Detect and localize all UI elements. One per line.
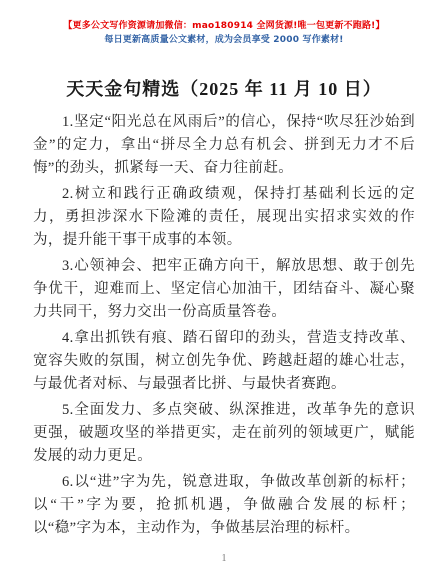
page-number: 1: [0, 553, 448, 564]
paragraph-4: 4.拿出抓铁有痕、踏石留印的劲头，营造支持改革、宽容失败的氛围，树立创先争优、跨…: [33, 327, 415, 396]
promo-line-red: 【更多公文写作资源请加微信：mao180914 全网货源!唯一包更新不跑路!】: [33, 20, 415, 33]
document-body: 1.坚定“阳光总在风雨后”的信心，保持“吹尽狂沙始到金”的定力，拿出“拼尽全力总…: [33, 111, 415, 540]
document-title: 天天金句精选（2025 年 11 月 10 日）: [33, 75, 415, 101]
header-notice: 【更多公文写作资源请加微信：mao180914 全网货源!唯一包更新不跑路!】 …: [33, 20, 415, 47]
document-page: 【更多公文写作资源请加微信：mao180914 全网货源!唯一包更新不跑路!】 …: [0, 0, 448, 580]
paragraph-5: 5.全面发力、多点突破、纵深推进，改革争先的意识更强，破题攻坚的举措更实，走在前…: [33, 399, 415, 468]
promo-line-blue: 每日更新高质量公文素材，成为会员享受 2000 写作素材!: [33, 34, 415, 47]
paragraph-1: 1.坚定“阳光总在风雨后”的信心，保持“吹尽狂沙始到金”的定力，拿出“拼尽全力总…: [33, 111, 415, 180]
paragraph-3: 3.心领神会、把牢正确方向干，解放思想、敢于创先争优干，迎难而上、坚定信心加油干…: [33, 255, 415, 324]
paragraph-6: 6.以“进”字为先，锐意进取，争做改革创新的标杆；以“干”字为要，抢抓机遇，争做…: [33, 471, 415, 540]
paragraph-2: 2.树立和践行正确政绩观，保持打基础利长远的定力，勇担涉深水下险滩的责任，展现出…: [33, 183, 415, 252]
